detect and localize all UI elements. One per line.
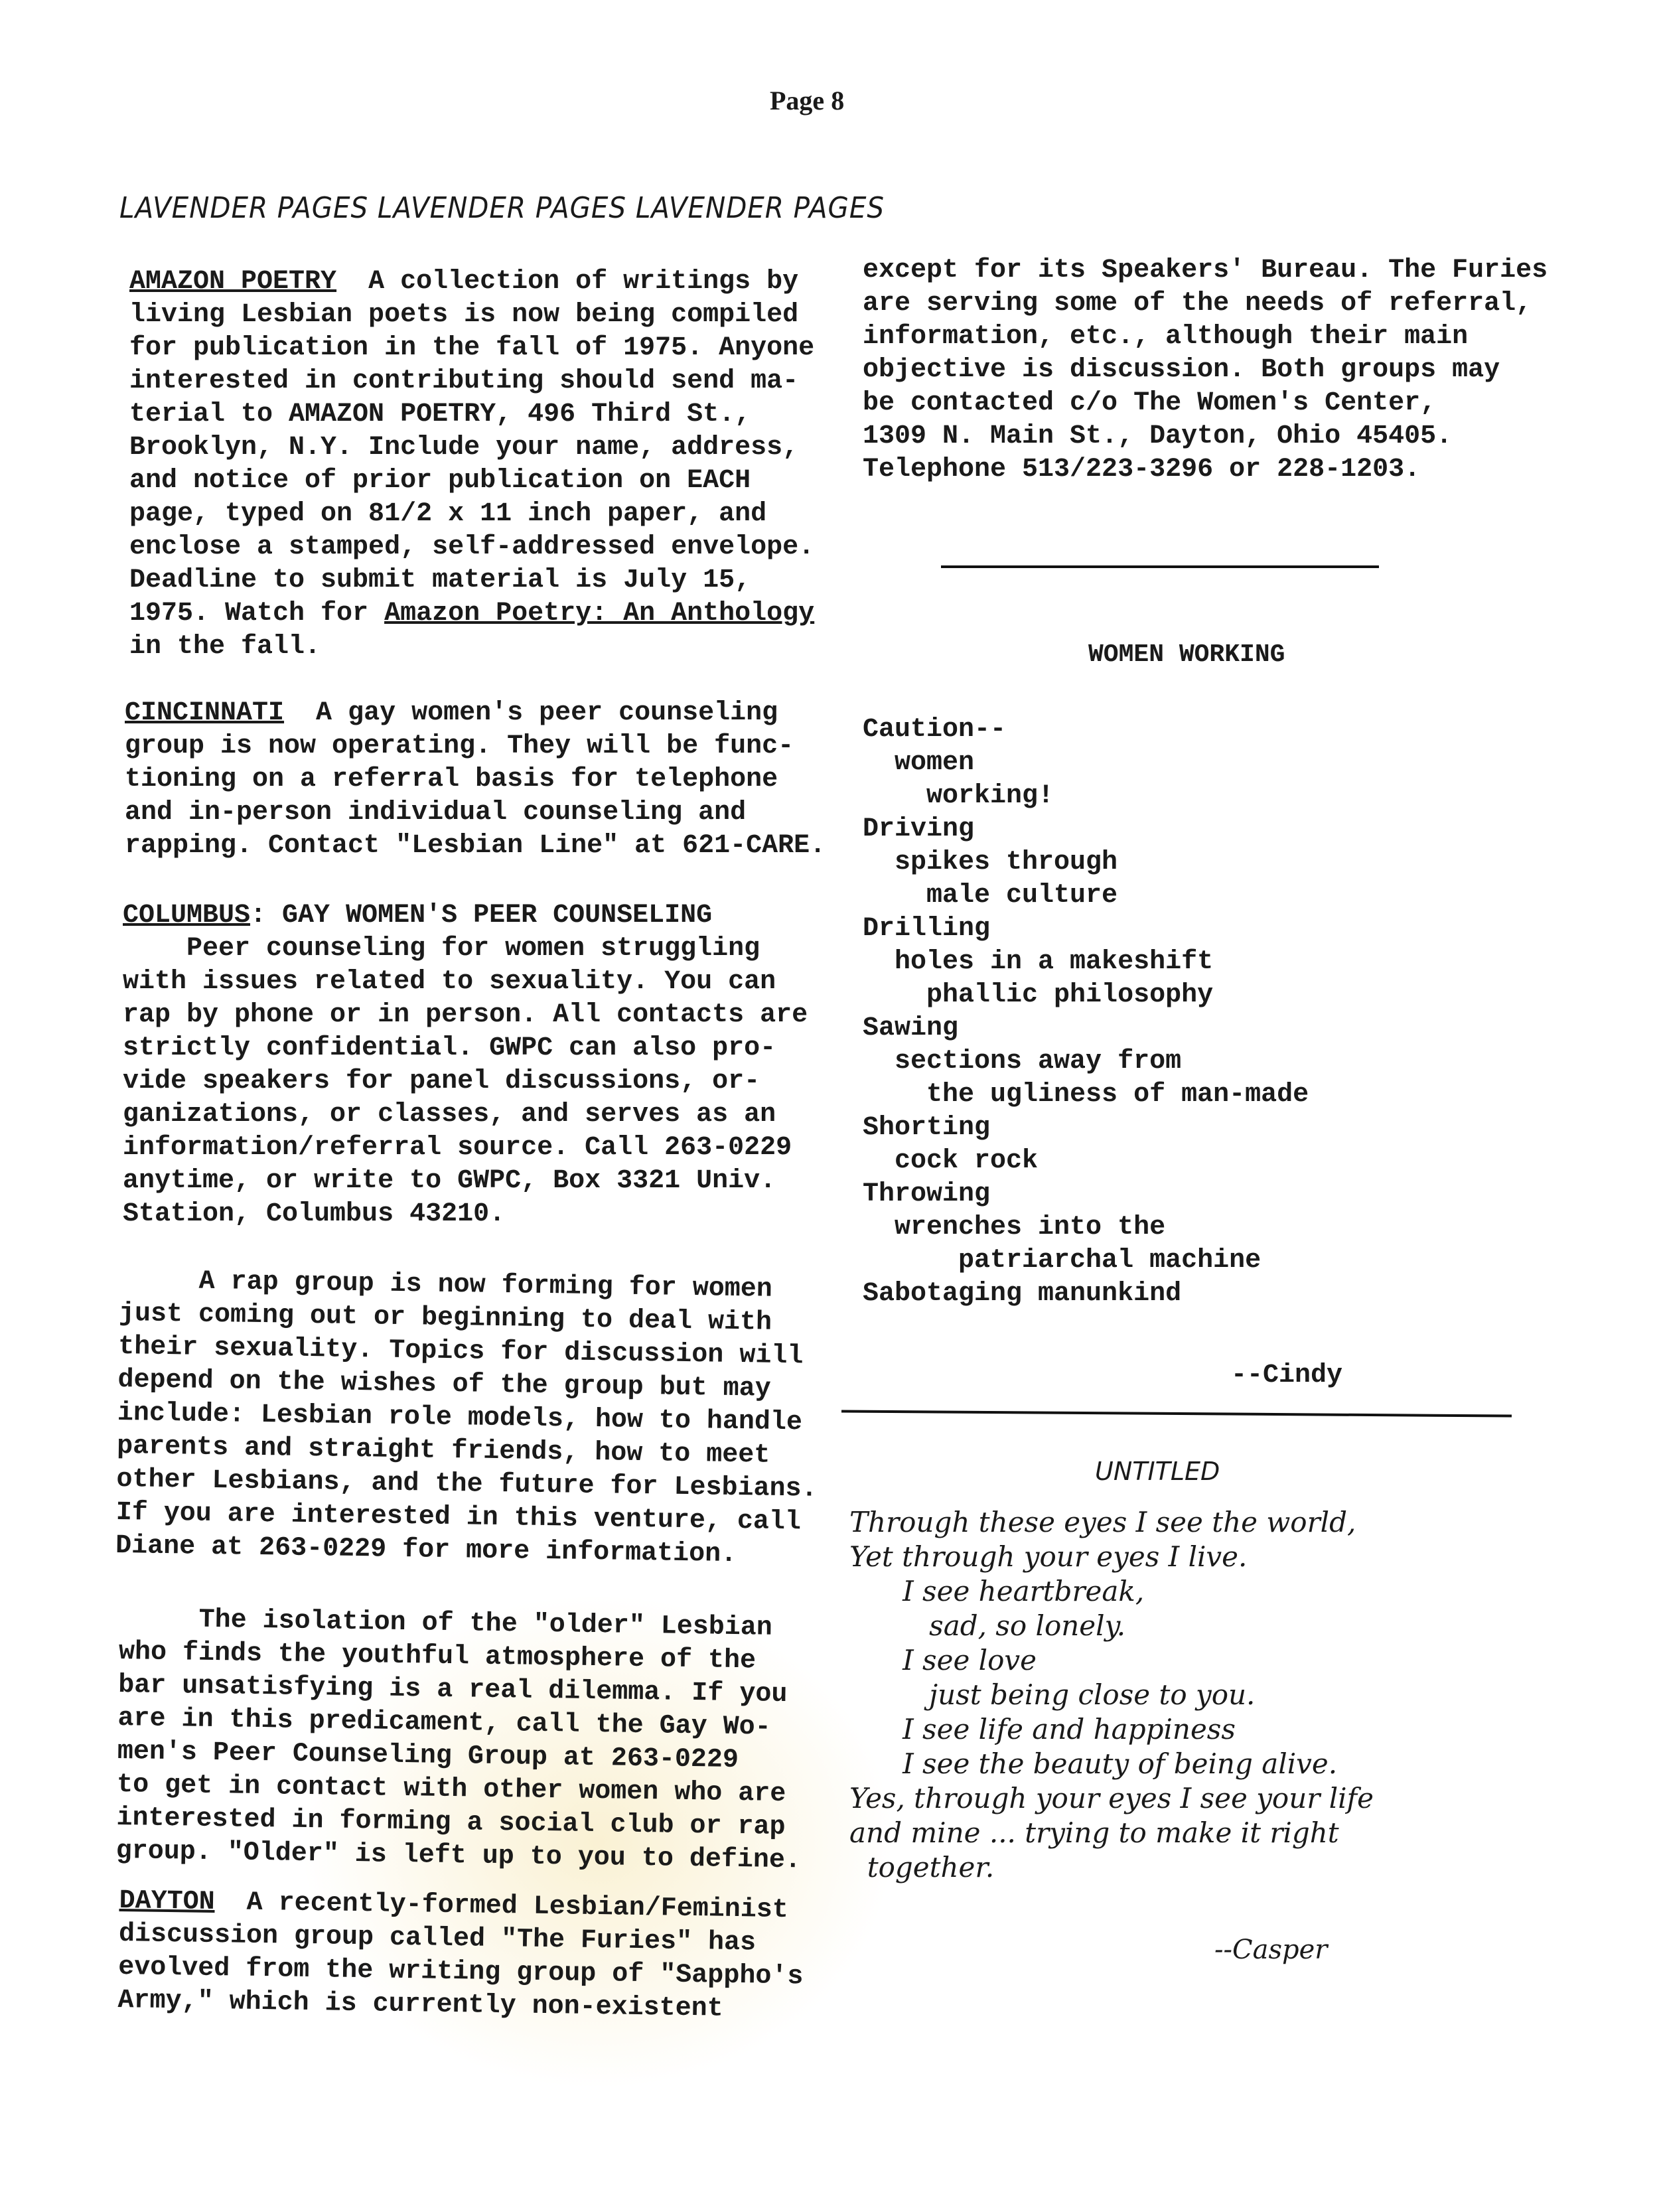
dayton-text: A recently-formed Lesbian/Feminist discu… (117, 1887, 803, 2024)
rap-group-article: A rap group is now forming for women jus… (115, 1264, 820, 1573)
columbus-subheading: : GAY WOMEN'S PEER COUNSELING (250, 901, 712, 930)
women-working-poem: Caution-- women working! Driving spikes … (863, 713, 1309, 1311)
columbus-text: Peer counseling for women struggling wit… (123, 934, 808, 1229)
columbus-heading: COLUMBUS (123, 901, 250, 930)
amazon-poetry-text: A collection of writings by living Lesbi… (129, 267, 814, 628)
older-lesbian-article: The isolation of the "older" Lesbian who… (115, 1603, 804, 1878)
page-number: Page 8 (770, 85, 844, 116)
untitled-title: UNTITLED (1095, 1457, 1220, 1486)
women-working-title: WOMEN WORKING (1088, 640, 1285, 669)
divider-rule (941, 565, 1379, 568)
anthology-title: Amazon Poetry: An Anthology (384, 599, 814, 628)
columbus-article: COLUMBUS: GAY WOMEN'S PEER COUNSELING Pe… (123, 899, 808, 1231)
untitled-poem: Through these eyes I see the world, Yet … (849, 1505, 1374, 1885)
untitled-author: --Casper (1214, 1935, 1327, 1965)
amazon-poetry-tail: in the fall. (129, 632, 321, 662)
section-banner: LAVENDER PAGES LAVENDER PAGES LAVENDER P… (119, 191, 885, 225)
cincinnati-heading: CINCINNATI (125, 698, 284, 728)
amazon-poetry-heading: AMAZON POETRY (129, 267, 336, 297)
dayton-article: DAYTON A recently-formed Lesbian/Feminis… (117, 1885, 804, 2027)
women-working-author: --Cindy (1231, 1361, 1342, 1390)
amazon-poetry-article: AMAZON POETRY A collection of writings b… (129, 265, 814, 664)
dayton-heading: DAYTON (119, 1886, 215, 1917)
divider-rule (841, 1410, 1512, 1417)
dayton-article-continued: except for its Speakers' Bureau. The Fur… (863, 254, 1548, 486)
cincinnati-article: CINCINNATI A gay women's peer counseling… (125, 697, 826, 863)
